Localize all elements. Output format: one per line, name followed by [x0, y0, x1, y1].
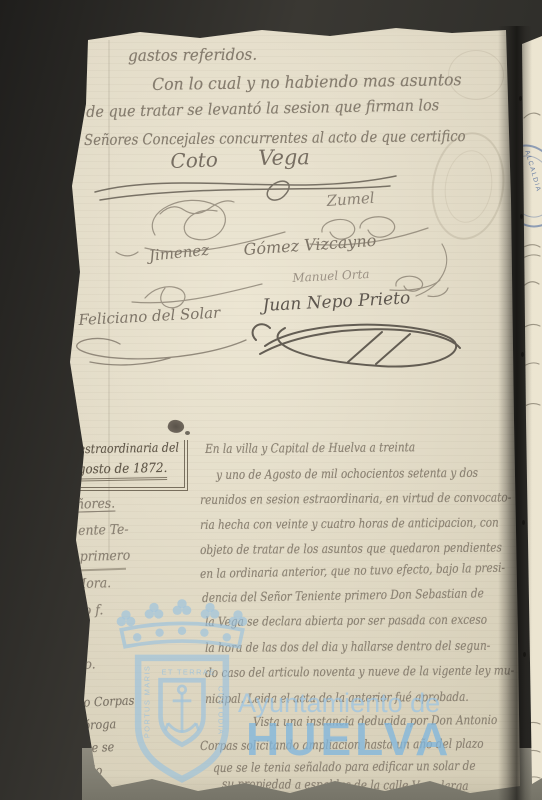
margin-attendee: Vizcaino f. [38, 602, 104, 620]
signature-flourishes [60, 140, 470, 372]
body-line: y uno de Agosto de mil ochocientos seten… [216, 465, 478, 482]
body-line: do caso del articulo noventa y nueve de … [205, 662, 514, 680]
binding-stitch [519, 96, 522, 101]
margin-attendee: Señores. [60, 496, 115, 513]
ink-dot [185, 431, 190, 435]
body-line: la Vega se declara abierta por ser pasad… [205, 612, 487, 629]
body-line: nicipal. Leida el acta de la anterior fu… [205, 689, 469, 706]
margin-attendee: Coto Mora. [40, 575, 111, 593]
margin-heading-line2: 31 Agosto de 1872. [50, 461, 168, 482]
page-number-mark: 8 [36, 46, 44, 61]
paper-surface [0, 0, 542, 800]
margin-attendee: Presidente Te- [38, 522, 129, 540]
binding-stitch [522, 520, 525, 525]
binding-stitch [520, 214, 523, 219]
margin-heading-line1: Sesion estraordinaria del [38, 440, 179, 457]
next-page-ink-fragments [518, 36, 542, 800]
margin-attendee: niente primero [36, 548, 130, 566]
body-line: objeto de tratar de los asuntos que qued… [200, 539, 502, 557]
body-line: gastos referidos. [128, 45, 257, 65]
margin-attendee: Prieto [40, 630, 78, 647]
manuscript-page: 8 gastos referidos. Con lo cual y no hab… [0, 0, 542, 800]
body-line: Corpas solicitando ampliacion hasta un a… [200, 736, 484, 753]
binding-stitch [521, 352, 524, 357]
body-line: la hora de las dos del dia y hallarse de… [205, 638, 490, 655]
margin-attendee: Colombo. [36, 656, 96, 674]
body-line: que se le tenia señalado para edificar u… [213, 758, 476, 775]
body-line: reunidos en sesion estraordinaria, en vi… [200, 489, 511, 507]
body-line: Vista una instancia deducida por Don Ant… [253, 712, 497, 729]
body-line: En la villa y Capital de Huelva a treint… [205, 439, 415, 456]
scanned-manuscript-page: ALCALDIA 8 gastos referidos. Con lo cual… [0, 0, 542, 800]
binding-stitch [523, 652, 526, 657]
body-line: ria hecha con veinte y cuatro horas de a… [200, 515, 499, 532]
